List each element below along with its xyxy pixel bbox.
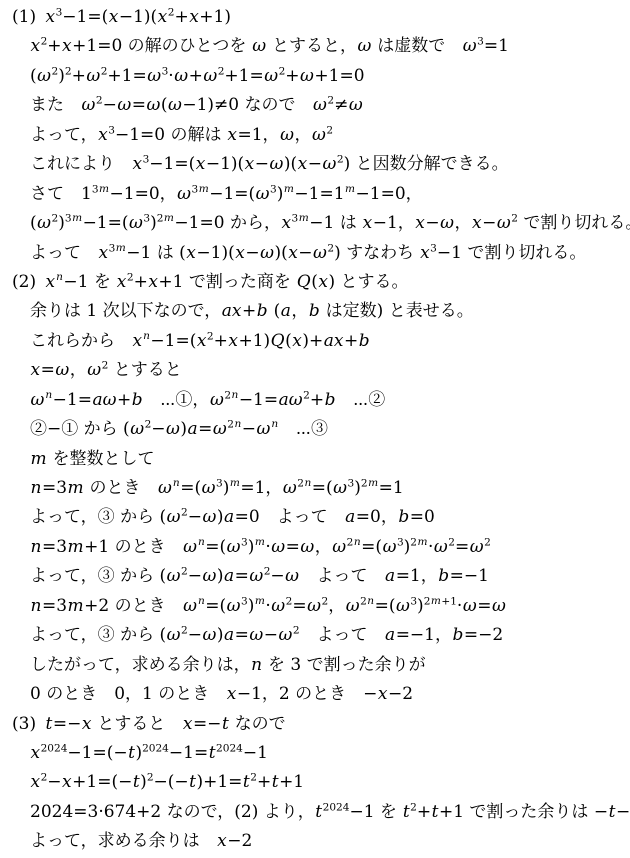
solution-line: 2024=3·674+2 なので，(2) より，t2024−1 を t2+t+1… — [0, 798, 630, 827]
line-text: t=−x とすると x=−t なので — [45, 714, 286, 734]
solution-line: (1)x3−1=(x−1)(x2+x+1) — [0, 3, 630, 32]
line-text: n=3m+1 のとき ωn=(ω3)m·ω=ω，ω2n=(ω3)2m·ω2=ω2 — [30, 537, 491, 557]
line-text: x2024−1=(−t)2024−1=t2024−1 — [30, 743, 268, 763]
solution-line: x2024−1=(−t)2024−1=t2024−1 — [0, 739, 630, 768]
line-text: さて 13m−1=0，ω3m−1=(ω3)m−1=1m−1=0， — [30, 184, 423, 204]
solution-line: (2)xn−1 を x2+x+1 で割った商を Q(x) とする。 — [0, 268, 630, 297]
solution-line: x2−x+1=(−t)2−(−t)+1=t2+t+1 — [0, 768, 630, 797]
solution-line: n=3m+1 のとき ωn=(ω3)m·ω=ω，ω2n=(ω3)2m·ω2=ω2 — [0, 533, 630, 562]
line-text: よって，求める余りは x−2 — [30, 831, 252, 851]
solution-line: (ω2)3m−1=(ω3)2m−1=0 から，x3m−1 は x−1，x−ω，x… — [0, 209, 630, 238]
solution-line: よって，③ から (ω2−ω)a=0 よって a=0，b=0 — [0, 503, 630, 532]
line-text: よって，③ から (ω2−ω)a=ω2−ω よって a=1，b=−1 — [30, 566, 489, 586]
line-text: (ω2)3m−1=(ω3)2m−1=0 から，x3m−1 は x−1，x−ω，x… — [30, 213, 630, 233]
solution-line: さて 13m−1=0，ω3m−1=(ω3)m−1=1m−1=0， — [0, 180, 630, 209]
math-solution-page: (1)x3−1=(x−1)(x2+x+1)x2+x+1=0 の解のひとつを ω … — [0, 0, 630, 858]
solution-line: 0 のとき 0，1 のとき x−1，2 のとき −x−2 — [0, 680, 630, 709]
solution-line: したがって，求める余りは，n を 3 で割った余りが — [0, 651, 630, 680]
line-text: n=3m+2 のとき ωn=(ω3)m·ω2=ω2，ω2n=(ω3)2m+1·ω… — [30, 596, 506, 616]
line-text: x=ω，ω2 とすると — [30, 360, 182, 380]
item-marker: (1) — [12, 3, 36, 32]
solution-line: n=3m のとき ωn=(ω3)m=1，ω2n=(ω3)2m=1 — [0, 474, 630, 503]
line-text: よって x3m−1 は (x−1)(x−ω)(x−ω2) すなわち x3−1 で… — [30, 243, 586, 263]
solution-line: よって，x3−1=0 の解は x=1，ω，ω2 — [0, 121, 630, 150]
solution-line: x=ω，ω2 とすると — [0, 356, 630, 385]
solution-line: x2+x+1=0 の解のひとつを ω とすると，ω は虚数で ω3=1 — [0, 32, 630, 61]
line-text: x2−x+1=(−t)2−(−t)+1=t2+t+1 — [30, 772, 304, 792]
solution-line: (3)t=−x とすると x=−t なので — [0, 710, 630, 739]
solution-line: また ω2−ω=ω(ω−1)≠0 なので ω2≠ω — [0, 91, 630, 120]
line-text: 0 のとき 0，1 のとき x−1，2 のとき −x−2 — [30, 684, 413, 704]
line-text: したがって，求める余りは，n を 3 で割った余りが — [30, 655, 426, 675]
solution-line: 余りは 1 次以下なので，ax+b (a，b は定数) と表せる。 — [0, 297, 630, 326]
line-text: 2024=3·674+2 なので，(2) より，t2024−1 を t2+t+1… — [30, 802, 630, 822]
line-text: (ω2)2+ω2+1=ω3·ω+ω2+1=ω2+ω+1=0 — [30, 66, 365, 86]
solution-line: ωn−1=aω+b ⋯①，ω2n−1=aω2+b ⋯② — [0, 386, 630, 415]
line-text: これにより x3−1=(x−1)(x−ω)(x−ω2) と因数分解できる。 — [30, 154, 509, 174]
line-text: ②−① から (ω2−ω)a=ω2n−ωn ⋯③ — [30, 419, 328, 439]
line-text: また ω2−ω=ω(ω−1)≠0 なので ω2≠ω — [30, 95, 363, 115]
line-text: x3−1=(x−1)(x2+x+1) — [45, 7, 231, 27]
solution-line: これにより x3−1=(x−1)(x−ω)(x−ω2) と因数分解できる。 — [0, 150, 630, 179]
line-text: x2+x+1=0 の解のひとつを ω とすると，ω は虚数で ω3=1 — [30, 36, 509, 56]
line-text: よって，x3−1=0 の解は x=1，ω，ω2 — [30, 125, 333, 145]
line-text: ωn−1=aω+b ⋯①，ω2n−1=aω2+b ⋯② — [30, 390, 385, 410]
solution-line: ②−① から (ω2−ω)a=ω2n−ωn ⋯③ — [0, 415, 630, 444]
solution-line: よって，求める余りは x−2 — [0, 827, 630, 856]
solution-line: n=3m+2 のとき ωn=(ω3)m·ω2=ω2，ω2n=(ω3)2m+1·ω… — [0, 592, 630, 621]
line-text: n=3m のとき ωn=(ω3)m=1，ω2n=(ω3)2m=1 — [30, 478, 404, 498]
line-text: これらから xn−1=(x2+x+1)Q(x)+ax+b — [30, 331, 370, 351]
solution-line: よって，③ から (ω2−ω)a=ω−ω2 よって a=−1，b=−2 — [0, 621, 630, 650]
solution-line: これらから xn−1=(x2+x+1)Q(x)+ax+b — [0, 327, 630, 356]
item-marker: (2) — [12, 268, 36, 297]
solution-line: (ω2)2+ω2+1=ω3·ω+ω2+1=ω2+ω+1=0 — [0, 62, 630, 91]
line-text: 余りは 1 次以下なので，ax+b (a，b は定数) と表せる。 — [30, 301, 474, 321]
line-text: m を整数として — [30, 449, 155, 469]
item-marker: (3) — [12, 710, 36, 739]
line-text: よって，③ から (ω2−ω)a=ω−ω2 よって a=−1，b=−2 — [30, 625, 503, 645]
solution-line: よって，③ から (ω2−ω)a=ω2−ω よって a=1，b=−1 — [0, 562, 630, 591]
solution-lines: (1)x3−1=(x−1)(x2+x+1)x2+x+1=0 の解のひとつを ω … — [0, 3, 630, 857]
solution-line: m を整数として — [0, 445, 630, 474]
solution-line: よって x3m−1 は (x−1)(x−ω)(x−ω2) すなわち x3−1 で… — [0, 239, 630, 268]
line-text: よって，③ から (ω2−ω)a=0 よって a=0，b=0 — [30, 507, 435, 527]
line-text: xn−1 を x2+x+1 で割った商を Q(x) とする。 — [45, 272, 409, 292]
